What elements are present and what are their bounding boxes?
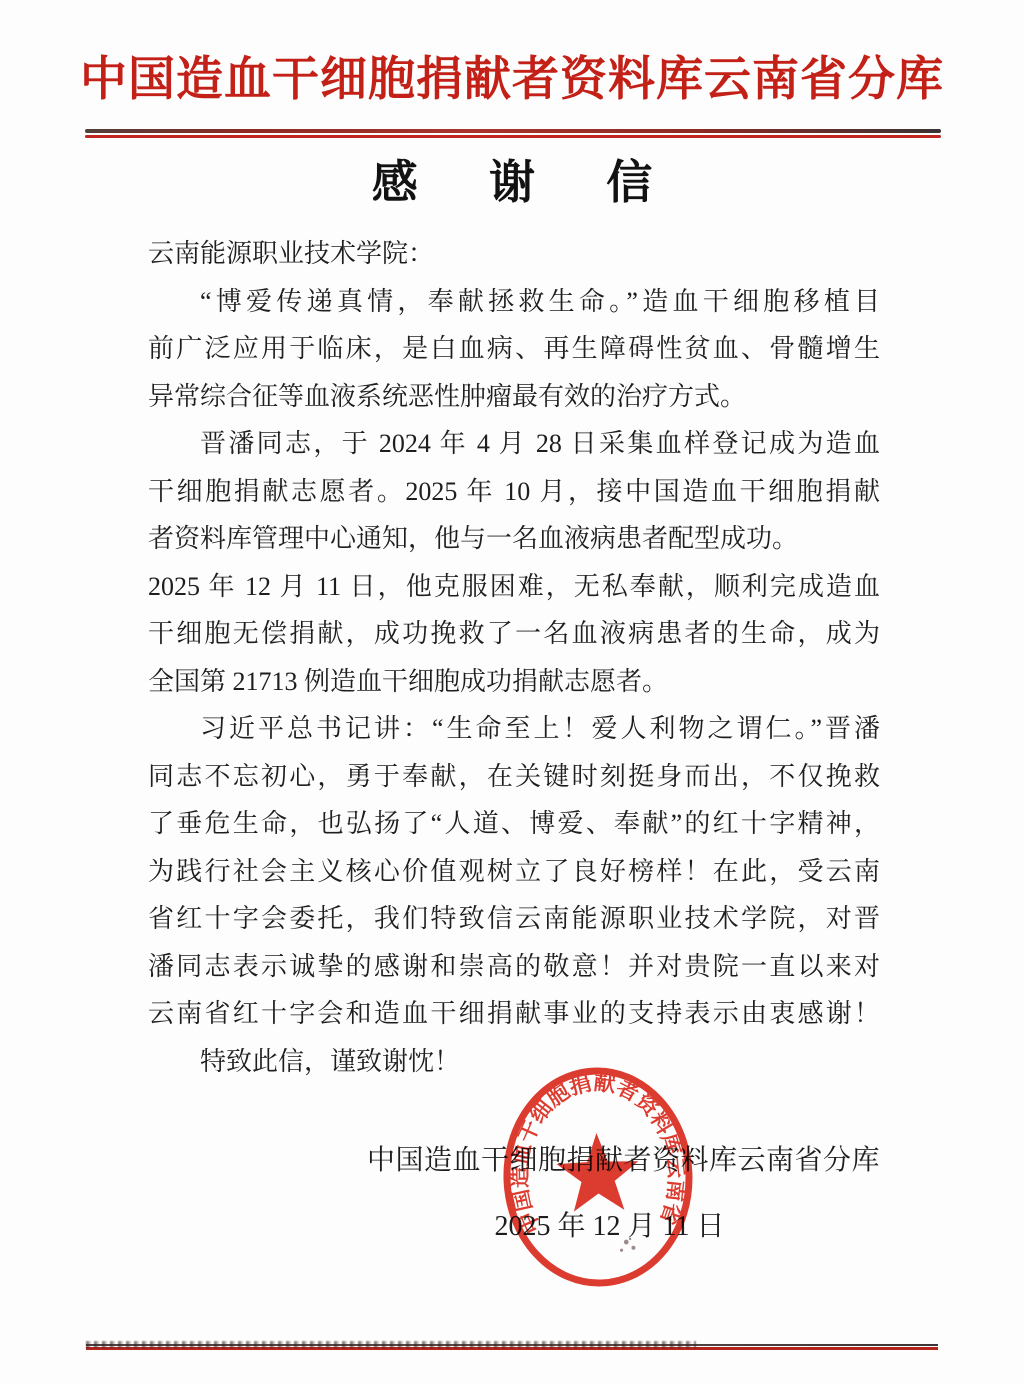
letterhead-org-title: 中国造血干细胞捐献者资料库云南省分库	[0, 42, 1024, 109]
body-line: 潘同志表示诚挚的感谢和崇高的敬意！并对贵院一直以来对	[148, 943, 880, 991]
star-icon	[556, 1132, 640, 1213]
official-seal: 中国造血干细胞捐献者资料库云南省分库	[496, 1061, 700, 1296]
body-line: 云南能源职业技术学院：	[148, 230, 880, 278]
body-line: 省红十字会委托，我们特致信云南能源职业技术学院，对晋	[148, 895, 880, 943]
ink-specks	[620, 1238, 636, 1252]
body-line: 晋潘同志，于 2024 年 4 月 28 日采集血样登记成为造血	[148, 420, 880, 468]
body-line: 干细胞无偿捐献，成功挽救了一名血液病患者的生命，成为	[148, 610, 880, 658]
body-line: “博爱传递真情，奉献拯救生命。”造血干细胞移植目	[148, 278, 880, 326]
header-divider-dark-line	[85, 129, 941, 133]
body-line: 云南省红十字会和造血干细捐献事业的支持表示由衷感谢！	[148, 990, 880, 1038]
body-line: 者资料库管理中心通知，他与一名血液病患者配型成功。	[148, 515, 880, 563]
body-line: 了垂危生命，也弘扬了“人道、博爱、奉献”的红十字精神，	[148, 800, 880, 848]
body-line: 为践行社会主义核心价值观树立了良好榜样！在此，受云南	[148, 848, 880, 896]
body-line: 同志不忘初心，勇于奉献，在关键时刻挺身而出，不仅挽救	[148, 753, 880, 801]
body-line: 全国第 21713 例造血干细胞成功捐献志愿者。	[148, 658, 880, 706]
body-line: 习近平总书记讲：“生命至上！爱人利物之谓仁。”晋潘	[148, 705, 880, 753]
body-line: 异常综合征等血液系统恶性肿瘤最有效的治疗方式。	[148, 373, 880, 421]
footer-divider	[86, 1344, 938, 1350]
body-line: 干细胞捐献志愿者。2025 年 10 月，接中国造血干细胞捐献	[148, 468, 880, 516]
header-divider	[85, 129, 941, 138]
letter-page: 中国造血干细胞捐献者资料库云南省分库 感谢信 云南能源职业技术学院：“博爱传递真…	[0, 0, 1024, 1383]
footer-smudge	[86, 1341, 696, 1348]
letter-title: 感谢信	[0, 146, 1024, 212]
header-divider-red-line	[85, 135, 941, 138]
body-line: 前广泛应用于临床，是白血病、再生障碍性贫血、骨髓增生	[148, 325, 880, 373]
body-line: 2025 年 12 月 11 日，他克服困难，无私奉献，顺利完成造血	[148, 563, 880, 611]
letter-body: 云南能源职业技术学院：“博爱传递真情，奉献拯救生命。”造血干细胞移植目前广泛应用…	[148, 230, 880, 1085]
